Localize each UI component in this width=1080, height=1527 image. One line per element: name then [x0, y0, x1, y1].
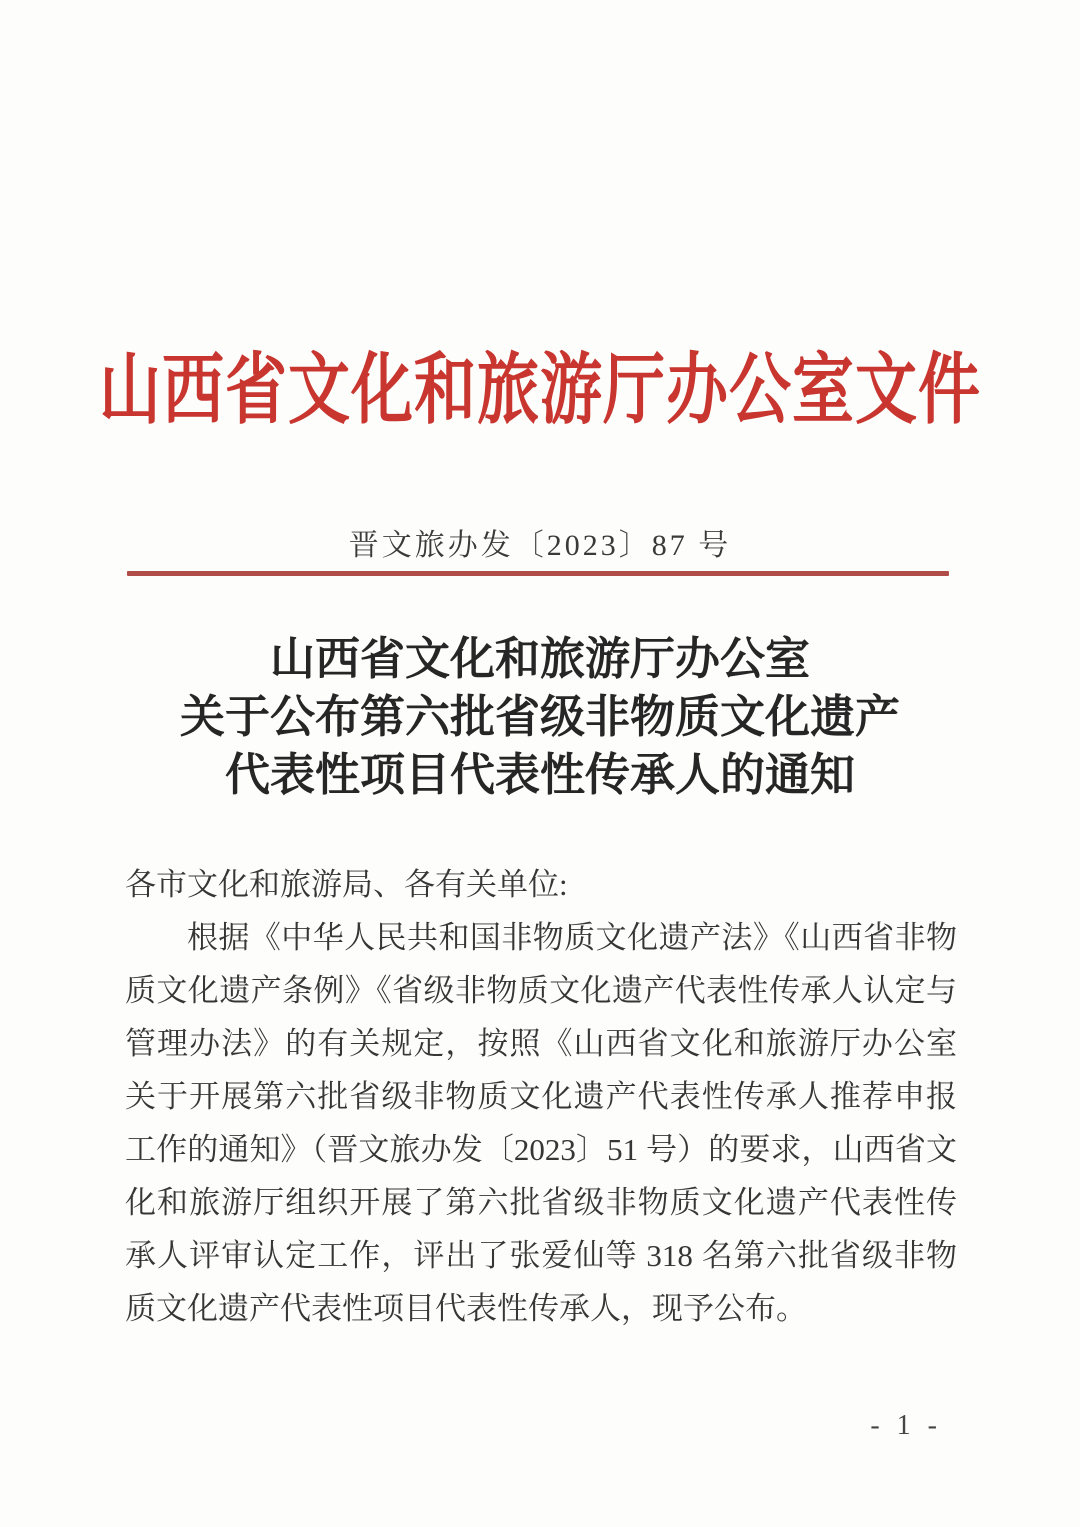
document-page: 山西省文化和旅游厅办公室文件 晋文旅办发〔2023〕87 号 山西省文化和旅游厅…: [0, 0, 1080, 1527]
document-title-line-3: 代表性项目代表性传承人的通知: [0, 746, 1080, 804]
page-number: - 1 -: [870, 1410, 942, 1442]
document-number: 晋文旅办发〔2023〕87 号: [0, 520, 1080, 564]
letterhead-title: 山西省文化和旅游厅办公室文件: [0, 352, 1080, 430]
document-body: 各市文化和旅游局、各有关单位: 根据《中华人民共和国非物质文化遗产法》《山西省非…: [125, 858, 957, 1335]
body-paragraph: 根据《中华人民共和国非物质文化遗产法》《山西省非物质文化遗产条例》《省级非物质文…: [125, 911, 957, 1335]
salutation-line: 各市文化和旅游局、各有关单位:: [125, 858, 957, 911]
red-divider-line: [127, 571, 949, 576]
document-title: 山西省文化和旅游厅办公室 关于公布第六批省级非物质文化遗产 代表性项目代表性传承…: [0, 630, 1080, 804]
document-title-line-2: 关于公布第六批省级非物质文化遗产: [0, 688, 1080, 746]
document-title-line-1: 山西省文化和旅游厅办公室: [0, 630, 1080, 688]
